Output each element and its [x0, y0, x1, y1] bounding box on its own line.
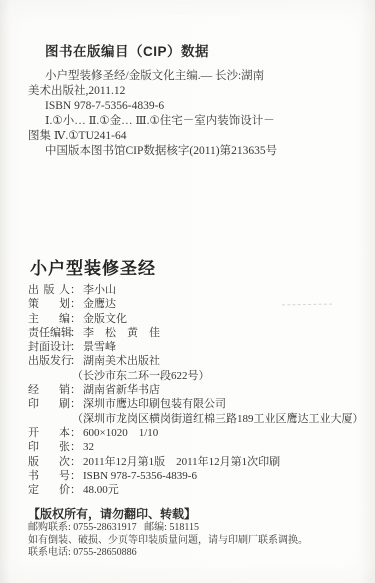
- info-value: 32: [83, 441, 94, 453]
- cip-line: 中国版本图书馆CIP数据核字(2011)第213635号: [28, 144, 365, 159]
- cip-line: ISBN 978-7-5356-4839-6: [28, 99, 365, 114]
- info-colon: ：: [70, 313, 81, 325]
- info-value: 李小山: [83, 284, 116, 296]
- cip-line: 图集 Ⅳ.①TU241-64: [28, 129, 365, 144]
- publication-info-row: 版次：2011年12月第1版 2011年12月第1次印刷: [28, 455, 367, 469]
- publication-info-list: 出版人：李小山策划：金鹰达主编：金版文化责任编辑：李 松 黄 佳封面设计：景雪峰…: [28, 283, 367, 497]
- info-label: 封面设计: [28, 340, 70, 354]
- publication-info-row: 印张：32: [28, 440, 367, 454]
- info-colon: ：: [70, 284, 81, 296]
- publication-info-row: 经销：湖南省新华书店: [28, 383, 367, 397]
- info-value-continuation: （长沙市东二环一段622号）: [72, 370, 210, 382]
- contact-info-line: 联系电话: 0755-28650886: [28, 547, 367, 560]
- info-colon: ：: [70, 398, 81, 410]
- contact-info-block: 邮购联系: 0755-28631917 邮编: 518115如有倒装、破损、少页…: [28, 522, 367, 560]
- info-label: 印张: [28, 440, 70, 454]
- book-title: 小户型装修圣经: [30, 254, 156, 279]
- info-colon: ：: [70, 470, 81, 482]
- info-colon: ：: [70, 384, 81, 396]
- info-colon: ：: [70, 341, 81, 353]
- info-label: 定价: [28, 483, 70, 497]
- info-colon: ：: [70, 427, 81, 439]
- cip-line: Ⅰ.①小… Ⅱ.①金… Ⅲ.①住宅－室内装饰设计－: [28, 114, 365, 129]
- publication-info-row: 出版人：李小山: [28, 283, 367, 297]
- publication-info-row: 封面设计：景雪峰: [28, 340, 367, 354]
- publication-info-row: （长沙市东二环一段622号）: [28, 369, 367, 383]
- cip-line: 小户型装修圣经/金版文化主编.— 长沙:湖南: [28, 69, 365, 84]
- info-value: 48.00元: [83, 484, 119, 496]
- info-value: 2011年12月第1版 2011年12月第1次印刷: [83, 456, 280, 468]
- info-label: 书号: [28, 469, 70, 483]
- publication-info-row: （深圳市龙岗区横岗街道红棉三路189工业区鹰达工业大厦）: [28, 412, 367, 426]
- info-colon: ：: [70, 355, 81, 367]
- publication-info-row: 主编：金版文化: [28, 312, 367, 326]
- info-label: 出版发行: [28, 354, 70, 368]
- info-label: 主编: [28, 312, 70, 326]
- info-value-continuation: （深圳市龙岗区横岗街道红棉三路189工业区鹰达工业大厦）: [72, 413, 364, 425]
- info-colon: ：: [70, 484, 81, 496]
- publication-info-row: 书号：ISBN 978-7-5356-4839-6: [28, 469, 367, 483]
- info-colon: ：: [70, 298, 81, 310]
- info-label: 印刷: [28, 397, 70, 411]
- info-label: 策划: [28, 297, 70, 311]
- info-label: 出版人: [28, 283, 70, 297]
- publication-info-row: 定价：48.00元: [28, 483, 367, 497]
- copyright-notice-header: 【版权所有，请勿翻印、转载】: [28, 505, 196, 522]
- info-label: 开本: [28, 426, 70, 440]
- info-label: 经销: [28, 383, 70, 397]
- info-colon: ：: [70, 327, 81, 339]
- info-value: 湖南省新华书店: [83, 384, 160, 396]
- info-value: 景雪峰: [83, 341, 116, 353]
- cip-data-header: 图书在版编目（CIP）数据: [45, 40, 209, 60]
- info-value: 李 松 黄 佳: [83, 327, 160, 339]
- info-value: 湖南美术出版社: [83, 355, 160, 367]
- cip-data-block: 小户型装修圣经/金版文化主编.— 长沙:湖南美术出版社,2011.12ISBN …: [28, 69, 365, 159]
- info-value: 金鹰达: [83, 298, 116, 310]
- publication-info-row: 开本：600×1020 1/10: [28, 426, 367, 440]
- info-colon: ：: [70, 441, 81, 453]
- info-value: 金版文化: [83, 313, 127, 325]
- info-value: ISBN 978-7-5356-4839-6: [83, 470, 197, 482]
- info-value: 深圳市鹰达印刷包装有限公司: [83, 398, 226, 410]
- publication-info-row: 责任编辑：李 松 黄 佳: [28, 326, 367, 340]
- info-label: 责任编辑: [28, 326, 70, 340]
- publication-info-row: 出版发行：湖南美术出版社: [28, 354, 367, 368]
- contact-info-line: 如有倒装、破损、少页等印装质量问题，请与印刷厂联系调换。: [28, 535, 367, 548]
- contact-info-line: 邮购联系: 0755-28631917 邮编: 518115: [28, 522, 367, 535]
- info-value: 600×1020 1/10: [83, 427, 158, 439]
- publication-info-row: 印刷：深圳市鹰达印刷包装有限公司: [28, 397, 367, 411]
- book-copyright-page: 图书在版编目（CIP）数据 小户型装修圣经/金版文化主编.— 长沙:湖南美术出版…: [0, 0, 375, 583]
- cip-line: 美术出版社,2011.12: [28, 84, 365, 99]
- info-label: 版次: [28, 455, 70, 469]
- info-colon: ：: [70, 456, 81, 468]
